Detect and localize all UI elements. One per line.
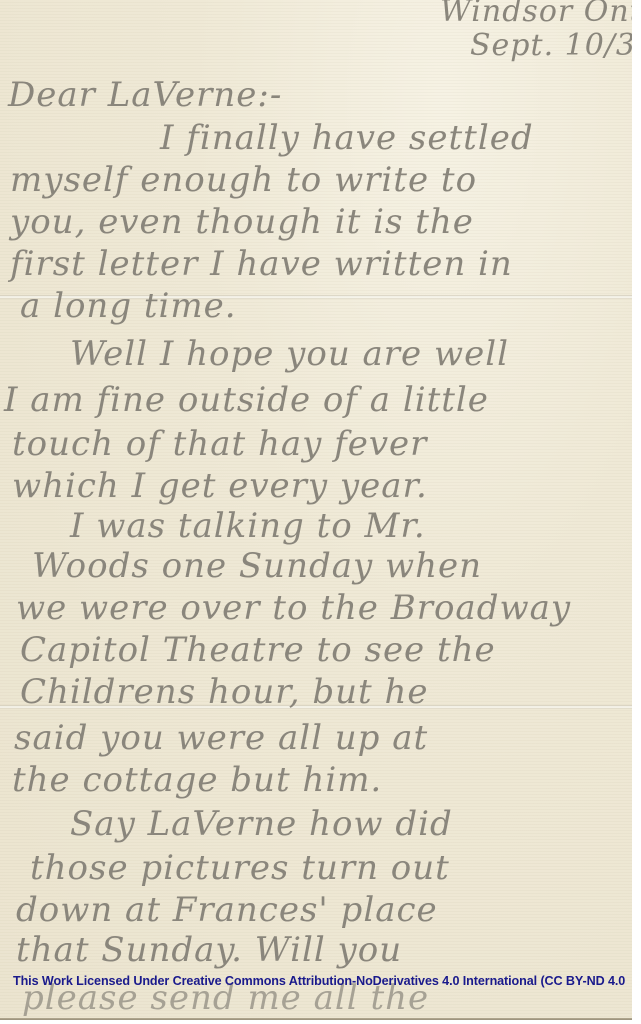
scan-margin: [632, 0, 641, 1024]
letter-date: Sept. 10/39: [470, 28, 632, 63]
letter-line: said you were all up at: [14, 718, 428, 758]
paper-bottom-edge: [0, 1018, 632, 1020]
letter-line: I finally have settled: [160, 118, 534, 158]
letter-line: first letter I have written in: [10, 244, 513, 284]
letter-line: touch of that hay fever: [12, 424, 427, 464]
letter-line: Well I hope you are well: [70, 334, 509, 374]
letter-line: a long time.: [20, 286, 237, 326]
letter-line: Childrens hour, but he: [20, 672, 429, 712]
license-watermark: This Work Licensed Under Creative Common…: [13, 974, 625, 988]
letter-line: we were over to the Broadway: [16, 588, 571, 628]
letter-line: the cottage but him.: [12, 760, 382, 800]
letter-line: that Sunday. Will you: [16, 930, 402, 970]
letter-salutation: Dear LaVerne:-: [8, 75, 282, 115]
letter-page: Windsor Ont. Sept. 10/39 Dear LaVerne:- …: [0, 0, 632, 1020]
letter-line: down at Frances' place: [16, 890, 438, 930]
letter-line: Woods one Sunday when: [32, 546, 482, 586]
letter-line: which I get every year.: [12, 466, 428, 506]
letter-place: Windsor Ont.: [440, 0, 632, 29]
letter-line: myself enough to write to: [10, 160, 477, 200]
letter-line: Say LaVerne how did: [70, 804, 453, 844]
letter-line: I am fine outside of a little: [4, 380, 489, 420]
letter-line: those pictures turn out: [30, 848, 450, 888]
letter-line: I was talking to Mr.: [70, 506, 426, 546]
letter-line: you, even though it is the: [10, 202, 474, 242]
letter-line: Capitol Theatre to see the: [20, 630, 496, 670]
